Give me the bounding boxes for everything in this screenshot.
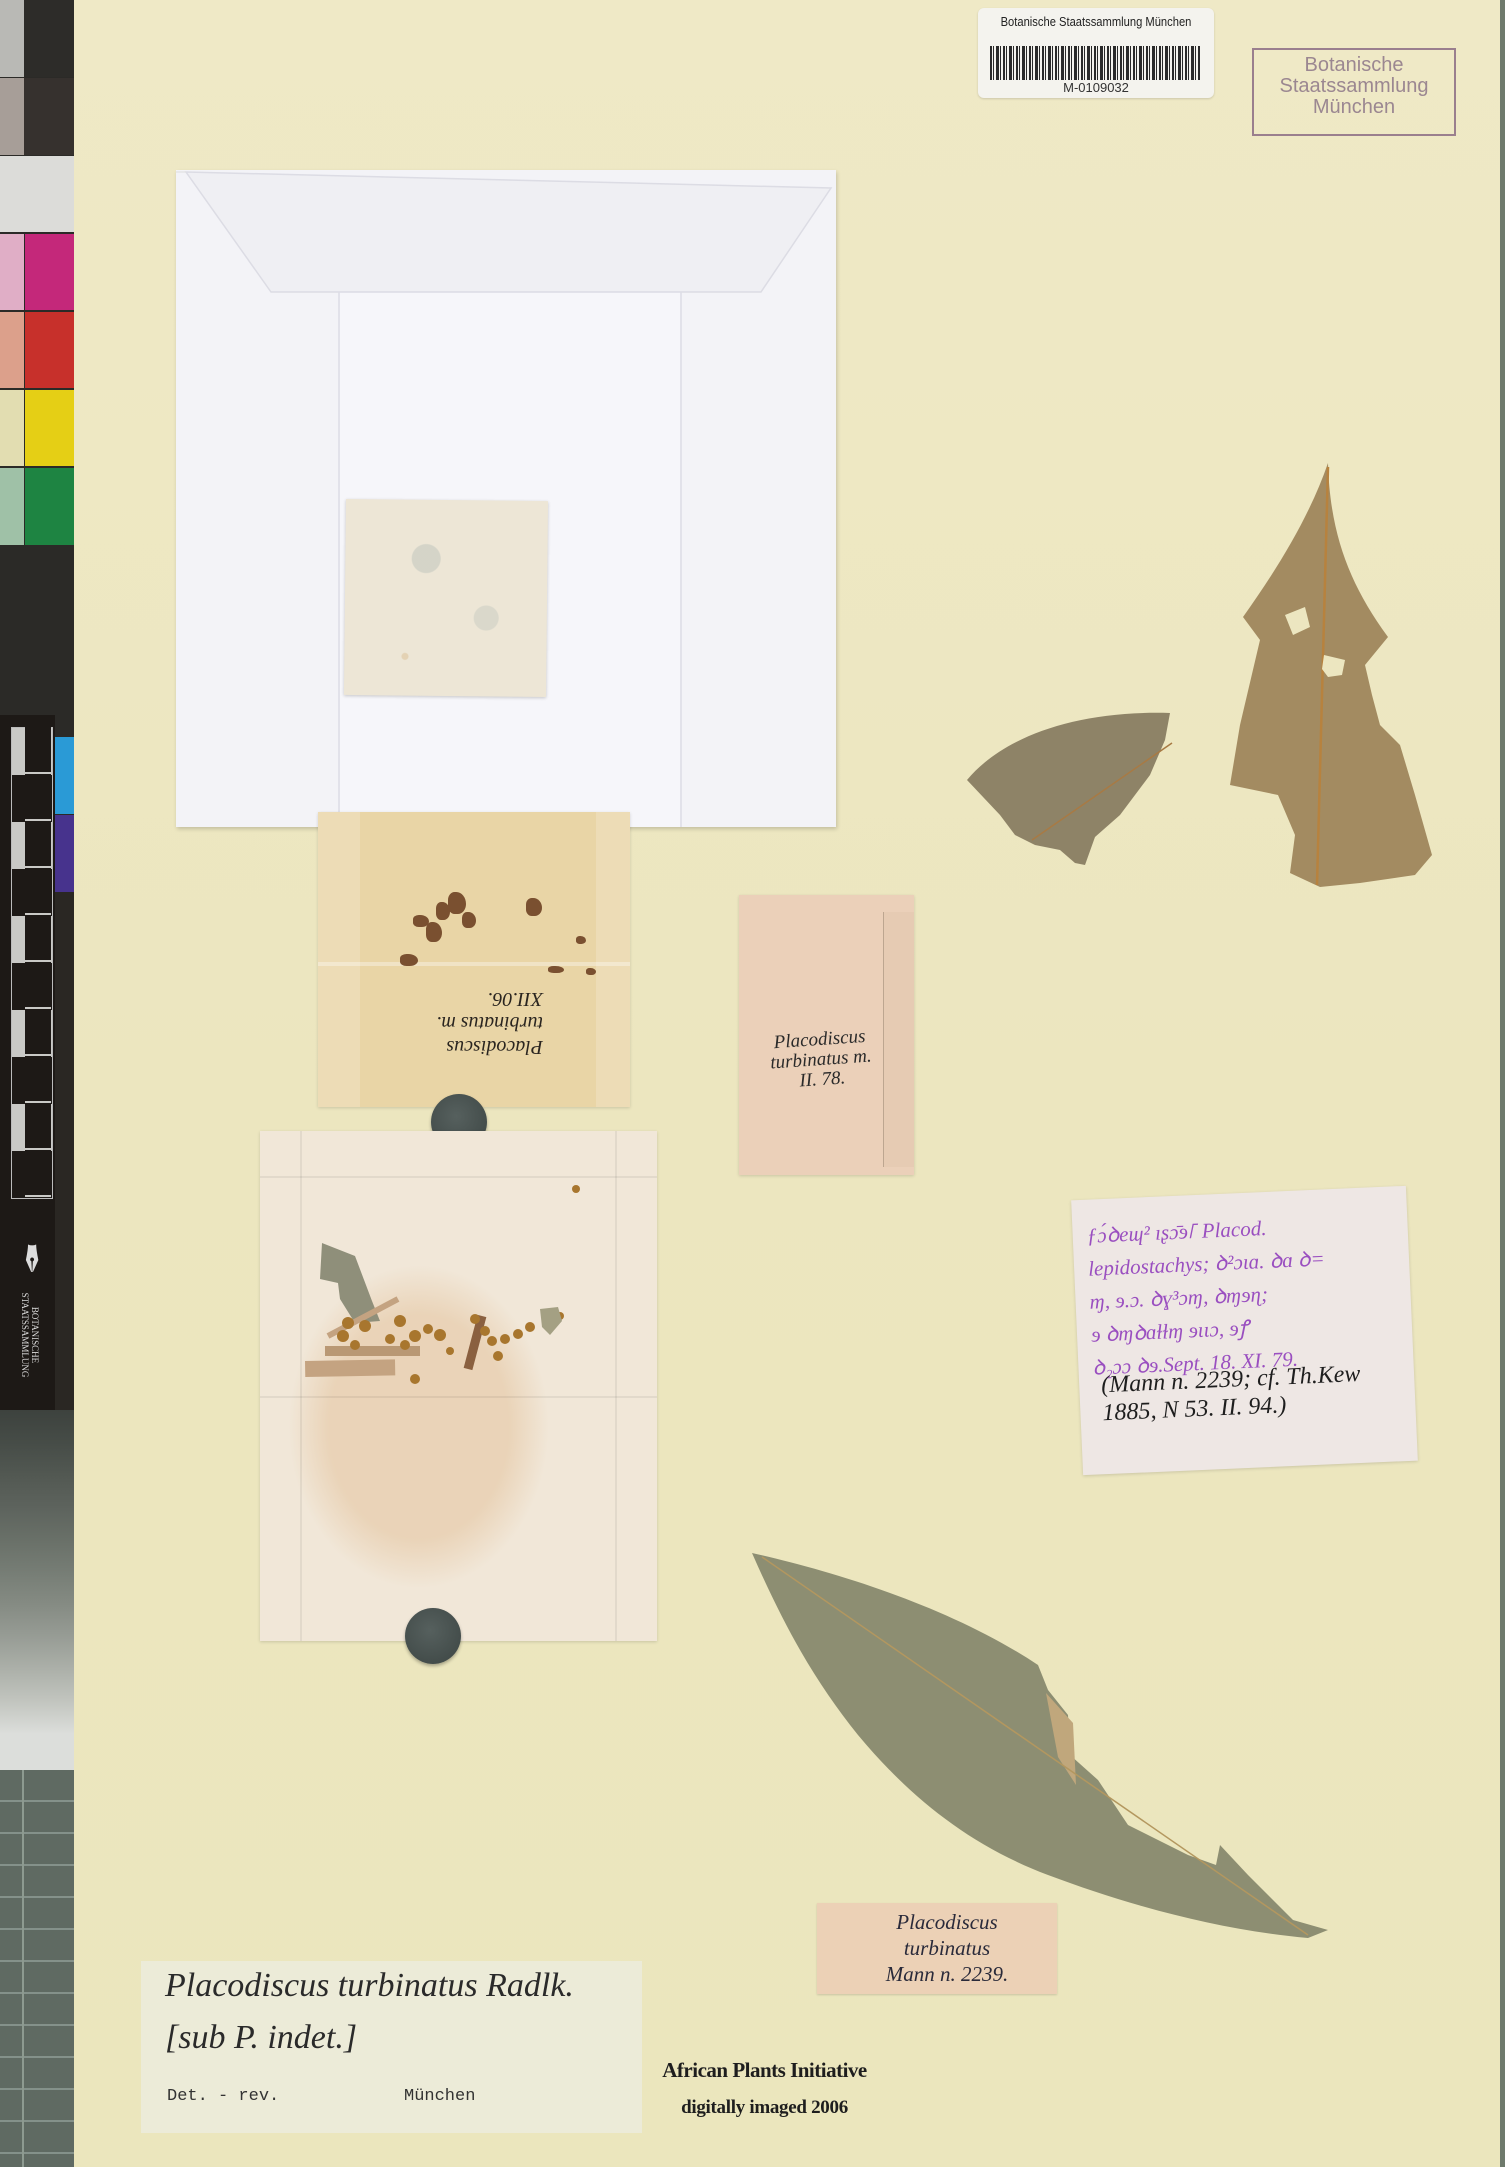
plant-fragment (462, 912, 476, 928)
swatch-light-grey (0, 0, 24, 77)
small-determination-label: Placodiscus turbinatus Mann n. 2239. (817, 1903, 1057, 1994)
swatch-cream (0, 390, 24, 466)
det-rev-label: Det. - rev. (167, 2087, 279, 2106)
swatch-yellow (25, 390, 74, 466)
stamp-line: Staatssammlung (1254, 76, 1454, 97)
stamp-line: München (1254, 97, 1454, 118)
label-handwriting: Placodiscus turbinatus Mann n. 2239. (847, 1909, 1047, 1987)
handwriting-line: turbinatus m. (413, 1011, 543, 1035)
taxon-annotation: [sub P. indet.] (165, 2019, 357, 2057)
collection-reference: (Mann n. 2239; cf. Th.Kew 1885, N 53. II… (1101, 1358, 1403, 1427)
shorthand-notes: ƒɔ́ꝺeɰ² ıʂɔ̄ɘ꜒ Placod. lepidostachys; ꝺ²… (1086, 1207, 1398, 1385)
collector-label: ƒɔ́ꝺeɰ² ıʂɔ̄ɘ꜒ Placod. lepidostachys; ꝺ²… (1071, 1186, 1418, 1475)
barcode-icon (990, 46, 1200, 80)
handwriting-line: turbinatus (847, 1935, 1047, 1961)
leaf-specimen-large (748, 1545, 1338, 1945)
packet-handwriting: Placodiscus turbinatus m. XII.06. (413, 987, 543, 1059)
catalog-number: M-0109032 (978, 80, 1214, 95)
taxon-name: Placodiscus turbinatus Radlk. (165, 1967, 574, 2005)
imaging-year: digitally imaged 2006 (657, 2097, 872, 2119)
swatch-green (25, 468, 74, 545)
imaging-credit: African Plants Initiative digitally imag… (657, 2058, 872, 2119)
barcode-institution: Botanische Staatssammlung München (995, 14, 1198, 29)
handwriting-line: Placodiscus (847, 1909, 1047, 1935)
packet-fold (596, 812, 630, 1107)
swatch-taupe (0, 78, 24, 155)
background-tile (0, 1770, 74, 2167)
initiative-name: African Plants Initiative (657, 2058, 872, 2083)
plant-fragment (548, 966, 564, 973)
handwriting-line: Mann n. 2239. (847, 1961, 1047, 1987)
plant-fragment (448, 892, 466, 914)
institution-stamp: Botanische Staatssammlung München (1252, 48, 1456, 136)
plant-fragment (586, 968, 596, 975)
sheet-edge (1500, 0, 1505, 2167)
swatch-dark (55, 892, 74, 1410)
handwriting-line: XII.06. (413, 987, 543, 1011)
seed-fragments (260, 1131, 657, 1641)
swatch-red (25, 312, 74, 388)
ruler-logo-text: BOTANISCHE STAATSSAMMLUNG (20, 1265, 40, 1405)
fragment-paper-square (344, 499, 548, 697)
packet-fold (318, 962, 630, 966)
packet-handwriting: Placodiscus turbinatus m. II. 78. (749, 1025, 893, 1095)
barcode-label: Botanische Staatssammlung München M-0109… (978, 8, 1214, 98)
swatch-black (24, 0, 74, 77)
packet-fold (318, 812, 360, 1107)
envelope-flap (176, 170, 836, 292)
swatch-pink (0, 234, 24, 310)
determination-slip: Placodiscus turbinatus Radlk. [sub P. in… (141, 1961, 642, 2133)
leaf-fragment-top (960, 455, 1440, 895)
color-calibration-chart: ✒ BOTANISCHE STAATSSAMMLUNG (0, 0, 74, 2167)
stamp-line: Botanische (1254, 55, 1454, 76)
ruler-scale-blocks (25, 727, 51, 1197)
swatch-white (0, 156, 74, 232)
tan-packet[interactable]: Placodiscus turbinatus m. II. 78. (739, 895, 914, 1175)
plant-fragment (400, 954, 418, 966)
swatch-magenta (25, 234, 74, 310)
plant-fragment (526, 898, 542, 916)
swatch-purple (53, 815, 74, 892)
swatch-salmon (0, 312, 24, 388)
plant-fragment (426, 922, 442, 942)
grey-scale-steps (0, 1410, 74, 1770)
swatch-dark-brown (24, 78, 74, 155)
magnet-icon (405, 1608, 461, 1664)
plant-fragment (576, 936, 586, 944)
det-city: München (404, 2087, 475, 2106)
fragment-envelope[interactable] (176, 170, 836, 827)
glassine-packet[interactable]: Placodiscus turbinatus m. XII.06. (318, 812, 630, 1107)
scale-ruler: ✒ BOTANISCHE STAATSSAMMLUNG (0, 715, 55, 1410)
swatch-mint (0, 468, 24, 545)
folded-fragment-paper[interactable] (260, 1131, 657, 1641)
swatch-cyan (53, 737, 74, 814)
handwriting-line: Placodiscus (413, 1035, 543, 1059)
